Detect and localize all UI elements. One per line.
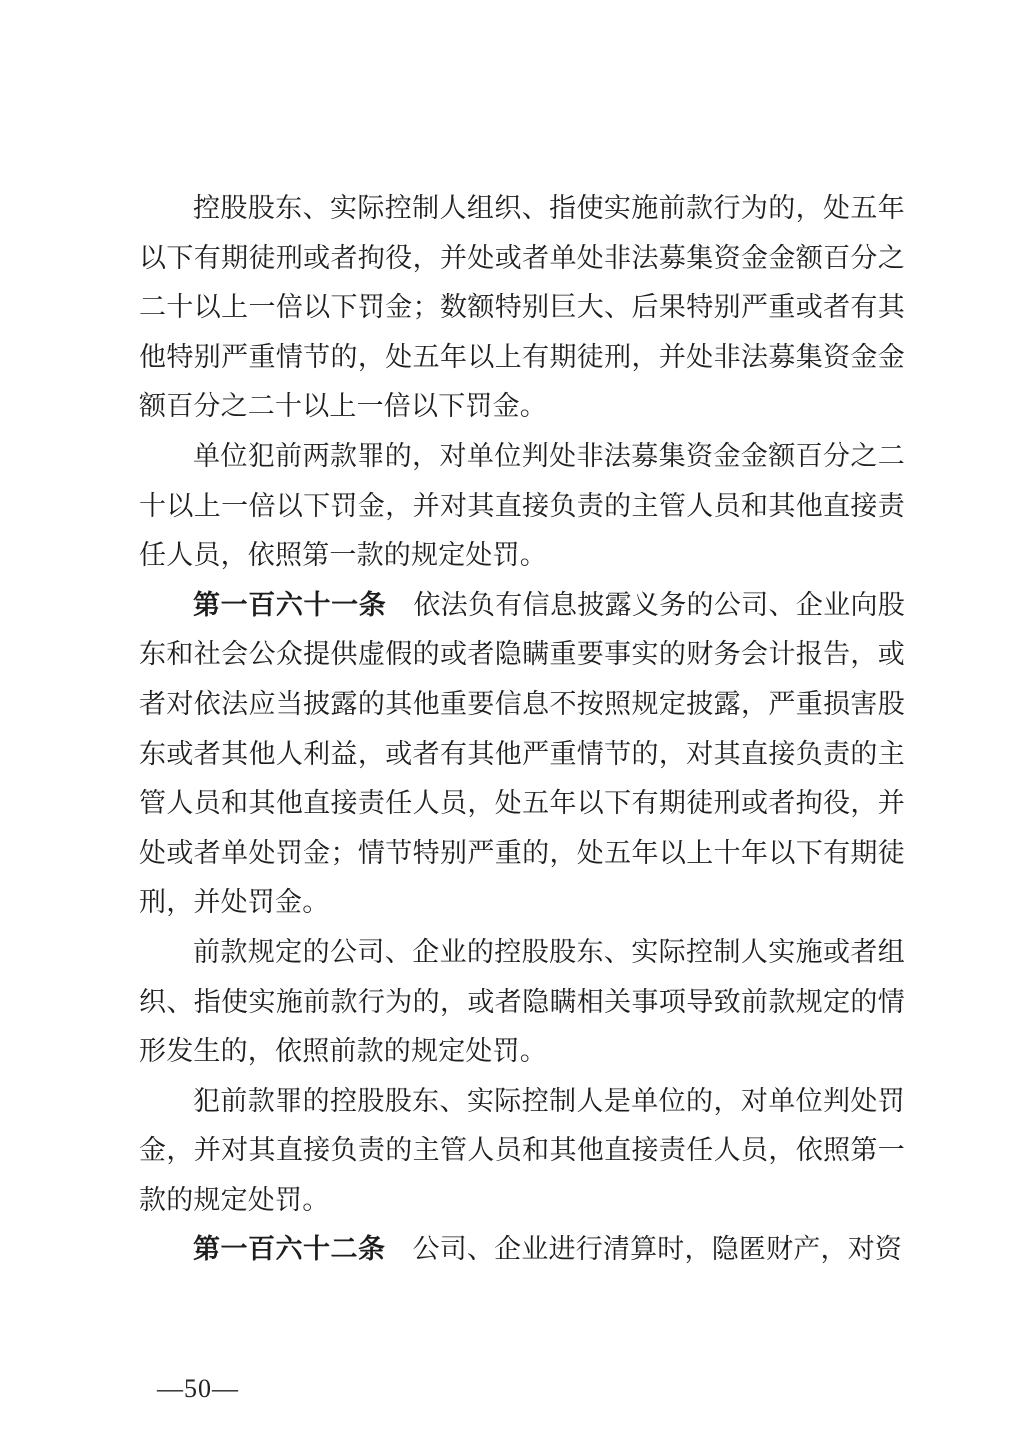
paragraph-text: 依法负有信息披露义务的公司、企业向股东和社会公众提供虚假的或者隐瞒重要事实的财务… xyxy=(139,590,905,918)
article-number: 第一百六十一条 xyxy=(193,590,386,620)
paragraph-text: 控股股东、实际控制人组织、指使实施前款行为的，处五年以下有期徒刑或者拘役，并处或… xyxy=(139,193,905,421)
document-body: 控股股东、实际控制人组织、指使实施前款行为的，处五年以下有期徒刑或者拘役，并处或… xyxy=(139,184,905,1275)
paragraph-text: 前款规定的公司、企业的控股股东、实际控制人实施或者组织、指使实施前款行为的，或者… xyxy=(139,937,905,1066)
paragraph: 单位犯前两款罪的，对单位判处非法募集资金金额百分之二十以上一倍以下罚金，并对其直… xyxy=(139,432,905,581)
paragraph-text: 公司、企业进行清算时，隐匿财产，对资 xyxy=(413,1234,903,1264)
page-number: —50— xyxy=(157,1374,239,1404)
paragraph-text: 单位犯前两款罪的，对单位判处非法募集资金金额百分之二十以上一倍以下罚金，并对其直… xyxy=(139,441,905,570)
paragraph: 前款规定的公司、企业的控股股东、实际控制人实施或者组织、指使实施前款行为的，或者… xyxy=(139,928,905,1077)
paragraph-text: 犯前款罪的控股股东、实际控制人是单位的，对单位判处罚金，并对其直接负责的主管人员… xyxy=(139,1086,905,1215)
paragraph: 控股股东、实际控制人组织、指使实施前款行为的，处五年以下有期徒刑或者拘役，并处或… xyxy=(139,184,905,432)
paragraph: 第一百六十二条公司、企业进行清算时，隐匿财产，对资 xyxy=(139,1225,905,1275)
paragraph: 犯前款罪的控股股东、实际控制人是单位的，对单位判处罚金，并对其直接负责的主管人员… xyxy=(139,1077,905,1226)
document-page: 控股股东、实际控制人组织、指使实施前款行为的，处五年以下有期徒刑或者拘役，并处或… xyxy=(0,0,1024,1448)
paragraph: 第一百六十一条依法负有信息披露义务的公司、企业向股东和社会公众提供虚假的或者隐瞒… xyxy=(139,581,905,928)
article-number: 第一百六十二条 xyxy=(193,1234,386,1264)
